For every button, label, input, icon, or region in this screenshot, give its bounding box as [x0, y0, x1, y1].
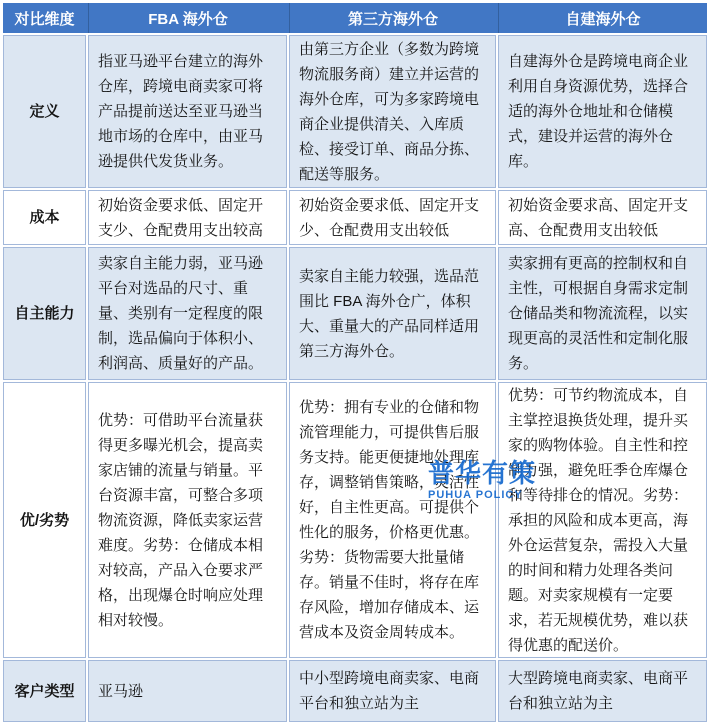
- cell-pros-cons-fba: 优势：可借助平台流量获得更多曝光机会，提高卖家店铺的流量与销量。平台资源丰富，可…: [88, 382, 287, 658]
- cell-cost-self-built: 初始资金要求高、固定开支高、仓配费用支出较低: [498, 190, 707, 245]
- cell-customer-type-fba: 亚马逊: [88, 660, 287, 722]
- cell-definition-fba: 指亚马逊平台建立的海外仓库，跨境电商卖家可将产品提前送达至亚马逊当地市场的仓库中…: [88, 35, 287, 188]
- row-label-definition: 定义: [3, 35, 86, 188]
- cell-definition-self-built: 自建海外仓是跨境电商企业利用自身资源优势，选择合适的海外仓地址和仓储模式，建设并…: [498, 35, 707, 188]
- header-dimension: 对比维度: [3, 3, 86, 33]
- cell-customer-type-self-built: 大型跨境电商卖家、电商平台和独立站为主: [498, 660, 707, 722]
- cell-autonomy-fba: 卖家自主能力弱，亚马逊平台对选品的尺寸、重量、类别有一定程度的限制，选品偏向于体…: [88, 247, 287, 380]
- comparison-table-page: 对比维度 FBA 海外仓 第三方海外仓 自建海外仓 定义 指亚马逊平台建立的海外…: [0, 0, 710, 725]
- cell-customer-type-third-party: 中小型跨境电商卖家、电商平台和独立站为主: [289, 660, 496, 722]
- row-label-autonomy: 自主能力: [3, 247, 86, 380]
- row-label-customer-type: 客户类型: [3, 660, 86, 722]
- header-self-built-warehouse: 自建海外仓: [498, 3, 707, 33]
- row-label-cost: 成本: [3, 190, 86, 245]
- header-fba-warehouse: FBA 海外仓: [88, 3, 287, 33]
- cell-autonomy-self-built: 卖家拥有更高的控制权和自主性，可根据自身需求定制仓储品类和物流流程，以实现更高的…: [498, 247, 707, 380]
- cell-pros-cons-third-party: 优势：拥有专业的仓储和物流管理能力，可提供售后服务支持。能更便捷地处理库存，调整…: [289, 382, 496, 658]
- header-third-party-warehouse: 第三方海外仓: [289, 3, 496, 33]
- table-header-row: 对比维度 FBA 海外仓 第三方海外仓 自建海外仓: [3, 3, 707, 33]
- cell-definition-third-party: 由第三方企业（多数为跨境物流服务商）建立并运营的海外仓库，可为多家跨境电商企业提…: [289, 35, 496, 188]
- cell-cost-third-party: 初始资金要求低、固定开支少、仓配费用支出较低: [289, 190, 496, 245]
- table-body: 定义 指亚马逊平台建立的海外仓库，跨境电商卖家可将产品提前送达至亚马逊当地市场的…: [3, 35, 707, 722]
- cell-cost-fba: 初始资金要求低、固定开支少、仓配费用支出较高: [88, 190, 287, 245]
- cell-pros-cons-self-built: 优势：可节约物流成本，自主掌控退换货处理，提升买家的购物体验。自主性和控制力强，…: [498, 382, 707, 658]
- row-label-pros-cons: 优/劣势: [3, 382, 86, 658]
- cell-autonomy-third-party: 卖家自主能力较强，选品范围比 FBA 海外仓广，体积大、重量大的产品同样适用第三…: [289, 247, 496, 380]
